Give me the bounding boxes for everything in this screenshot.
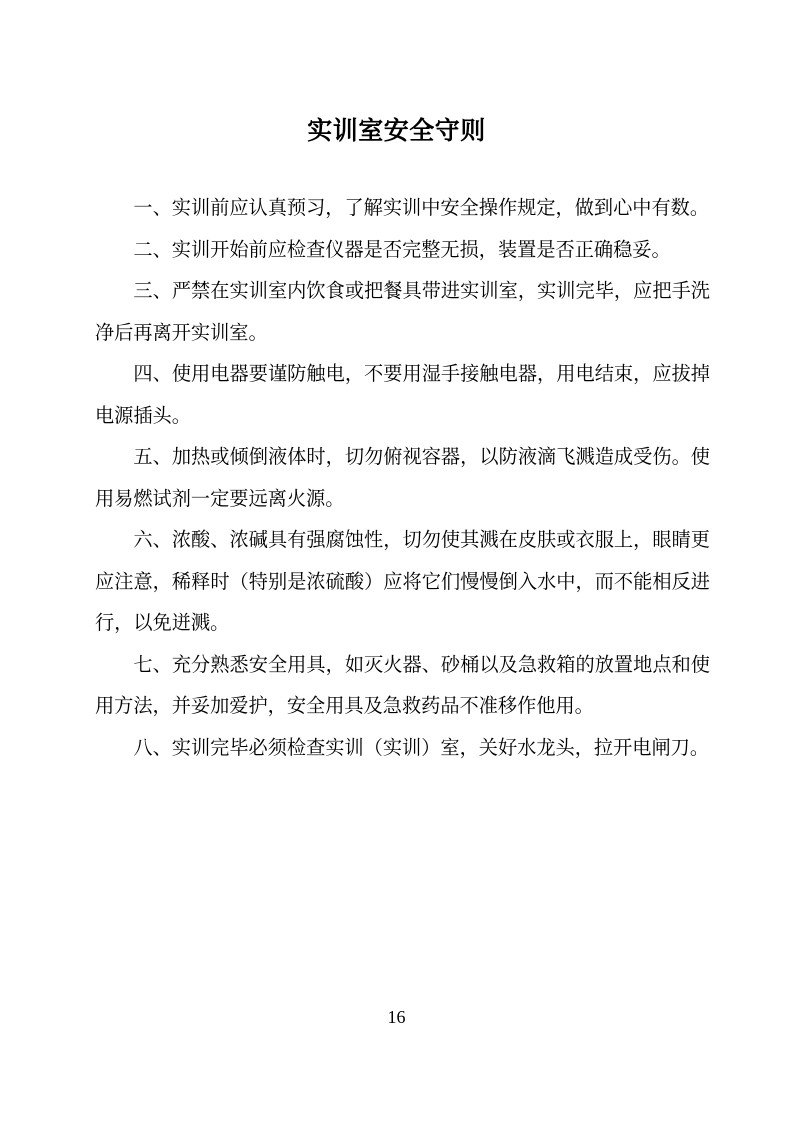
document-title: 实训室安全守则 — [0, 117, 793, 145]
safety-rule-4: 四、使用电器要谨防触电，不要用湿手接触电器，用电结束，应拔掉电源插头。 — [95, 354, 710, 437]
page-footer: 16 — [0, 1006, 793, 1028]
safety-rule-8: 八、实训完毕必须检查实训（实训）室，关好水龙头，拉开电闸刀。 — [95, 728, 710, 770]
safety-rule-3: 三、严禁在实训室内饮食或把餐具带进实训室，实训完毕，应把手洗净后再离开实训室。 — [95, 271, 710, 354]
safety-rule-1: 一、实训前应认真预习，了解实训中安全操作规定，做到心中有数。 — [95, 188, 710, 230]
document-body: 一、实训前应认真预习，了解实训中安全操作规定，做到心中有数。 二、实训开始前应检… — [95, 188, 710, 769]
safety-rule-5: 五、加热或倾倒液体时，切勿俯视容器，以防液滴飞溅造成受伤。使用易燃试剂一定要远离… — [95, 437, 710, 520]
document-page: 实训室安全守则 一、实训前应认真预习，了解实训中安全操作规定，做到心中有数。 二… — [0, 0, 793, 1122]
safety-rule-6: 六、浓酸、浓碱具有强腐蚀性，切勿使其溅在皮肤或衣服上，眼睛更应注意，稀释时（特别… — [95, 520, 710, 645]
safety-rule-2: 二、实训开始前应检查仪器是否完整无损，装置是否正确稳妥。 — [95, 230, 710, 272]
page-number: 16 — [388, 1007, 406, 1027]
safety-rule-7: 七、充分熟悉安全用具，如灭火器、砂桶以及急救箱的放置地点和使用方法，并妥加爱护，… — [95, 645, 710, 728]
